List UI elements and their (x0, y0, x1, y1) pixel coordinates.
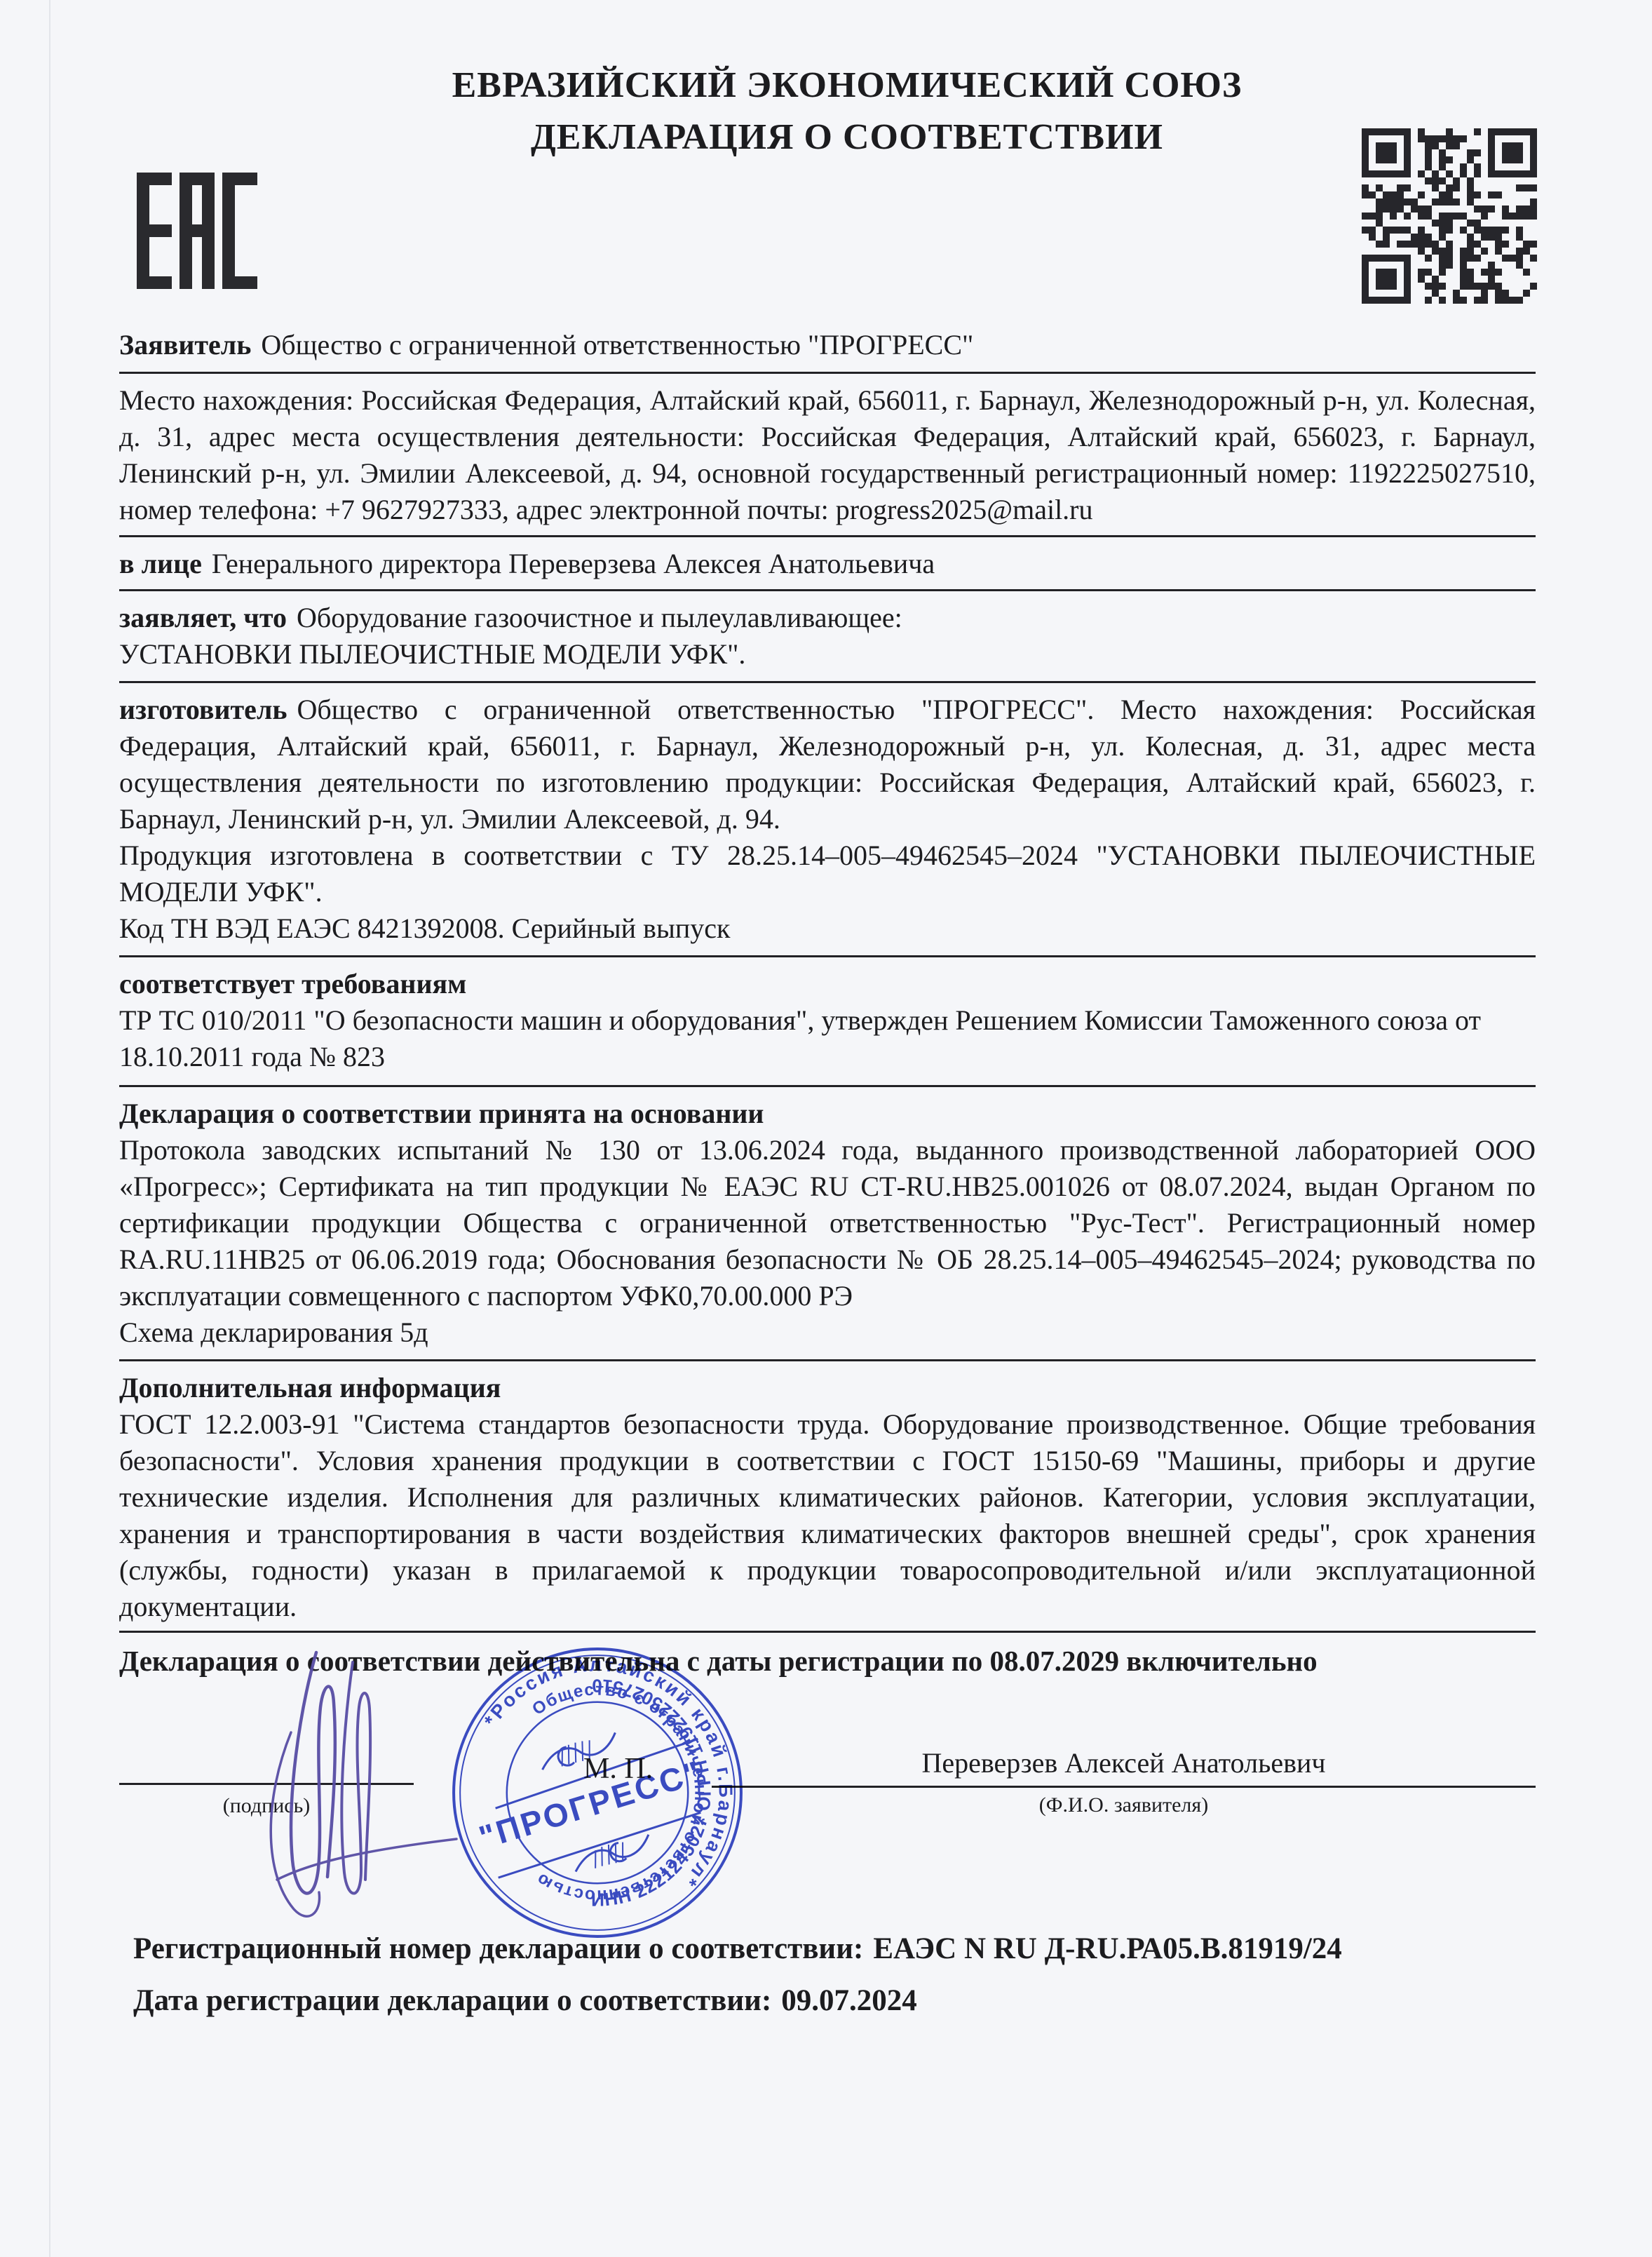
declares-label: заявляет, что (119, 602, 287, 633)
section-person: в лицеГенерального директора Переверзева… (119, 537, 1536, 591)
qr-code (1362, 128, 1537, 304)
requirements-text: ТР ТС 010/2011 "О безопасности машин и о… (119, 1002, 1536, 1075)
registration-date-value: 09.07.2024 (781, 1984, 917, 2017)
signature (249, 1648, 459, 1929)
basis-text: Протокола заводских испытаний № 130 от 1… (119, 1132, 1536, 1314)
union-title: ЕВРАЗИЙСКИЙ ЭКОНОМИЧЕСКИЙ СОЮЗ (139, 65, 1555, 106)
applicant-name-block: Переверзев Алексей Анатольевич (Ф.И.О. з… (712, 1746, 1536, 1817)
section-requirements: соответствует требованиям ТР ТС 010/2011… (119, 957, 1536, 1087)
section-basis: Декларация о соответствии принята на осн… (119, 1087, 1536, 1361)
section-declares: заявляет, чтоОборудование газоочистное и… (119, 591, 1536, 683)
section-location: Место нахождения: Российская Федерация, … (119, 374, 1536, 537)
made-in-accordance: Продукция изготовлена в соответствии с Т… (119, 837, 1536, 910)
basis-label: Декларация о соответствии принята на осн… (119, 1096, 1536, 1132)
additional-label: Дополнительная информация (119, 1370, 1536, 1406)
page: ЕВРАЗИЙСКИЙ ЭКОНОМИЧЕСКИЙ СОЮЗ ДЕКЛАРАЦИ… (0, 0, 1652, 2257)
manufacturer-label: изготовитель (119, 694, 287, 725)
applicant-value: Общество с ограниченной ответственностью… (261, 329, 973, 361)
additional-text: ГОСТ 12.2.003-91 "Система стандартов без… (119, 1406, 1536, 1625)
declaration-title: ДЕКЛАРАЦИЯ О СООТВЕТСТВИИ (139, 116, 1555, 158)
requirements-label: соответствует требованиям (119, 966, 1536, 1002)
section-applicant: ЗаявительОбщество с ограниченной ответст… (119, 324, 1536, 374)
manufacturer-text: Общество с ограниченной ответственностью… (119, 694, 1536, 835)
header: ЕВРАЗИЙСКИЙ ЭКОНОМИЧЕСКИЙ СОЮЗ ДЕКЛАРАЦИ… (119, 0, 1536, 324)
declaration-scheme: Схема декларирования 5д (119, 1314, 1536, 1351)
applicant-name: Переверзев Алексей Анатольевич (712, 1746, 1536, 1780)
person-value: Генерального директора Переверзева Алекс… (212, 548, 935, 579)
applicant-label: Заявитель (119, 329, 251, 361)
name-caption: (Ф.И.О. заявителя) (712, 1793, 1536, 1817)
product-name: УСТАНОВКИ ПЫЛЕОЧИСТНЫЕ МОДЕЛИ УФК". (119, 636, 1536, 673)
signing-area: *Россия Алтайский край г.Барнаул* Общест… (119, 1685, 1536, 1909)
company-stamp: *Россия Алтайский край г.Барнаул* Общест… (449, 1644, 746, 1941)
registration-date-label: Дата регистрации декларации о соответств… (133, 1984, 771, 2017)
registration-number-value: ЕАЭС N RU Д-RU.РА05.В.81919/24 (873, 1932, 1342, 1965)
name-line (712, 1786, 1536, 1788)
declares-value: Оборудование газоочистное и пылеулавлива… (297, 602, 902, 633)
section-additional: Дополнительная информация ГОСТ 12.2.003-… (119, 1361, 1536, 1633)
registration-block: Регистрационный номер декларации о соотв… (119, 1927, 1536, 2023)
eac-mark-icon (137, 173, 257, 289)
section-manufacturer: изготовительОбщество с ограниченной отве… (119, 683, 1536, 957)
tnved-code: Код ТН ВЭД ЕАЭС 8421392008. Серийный вып… (119, 910, 1536, 947)
location-text: Место нахождения: Российская Федерация, … (119, 382, 1536, 528)
person-label: в лице (119, 548, 202, 579)
declaration-document: { "header": { "title_line1": "ЕВРАЗИЙСКИ… (0, 0, 1652, 2257)
